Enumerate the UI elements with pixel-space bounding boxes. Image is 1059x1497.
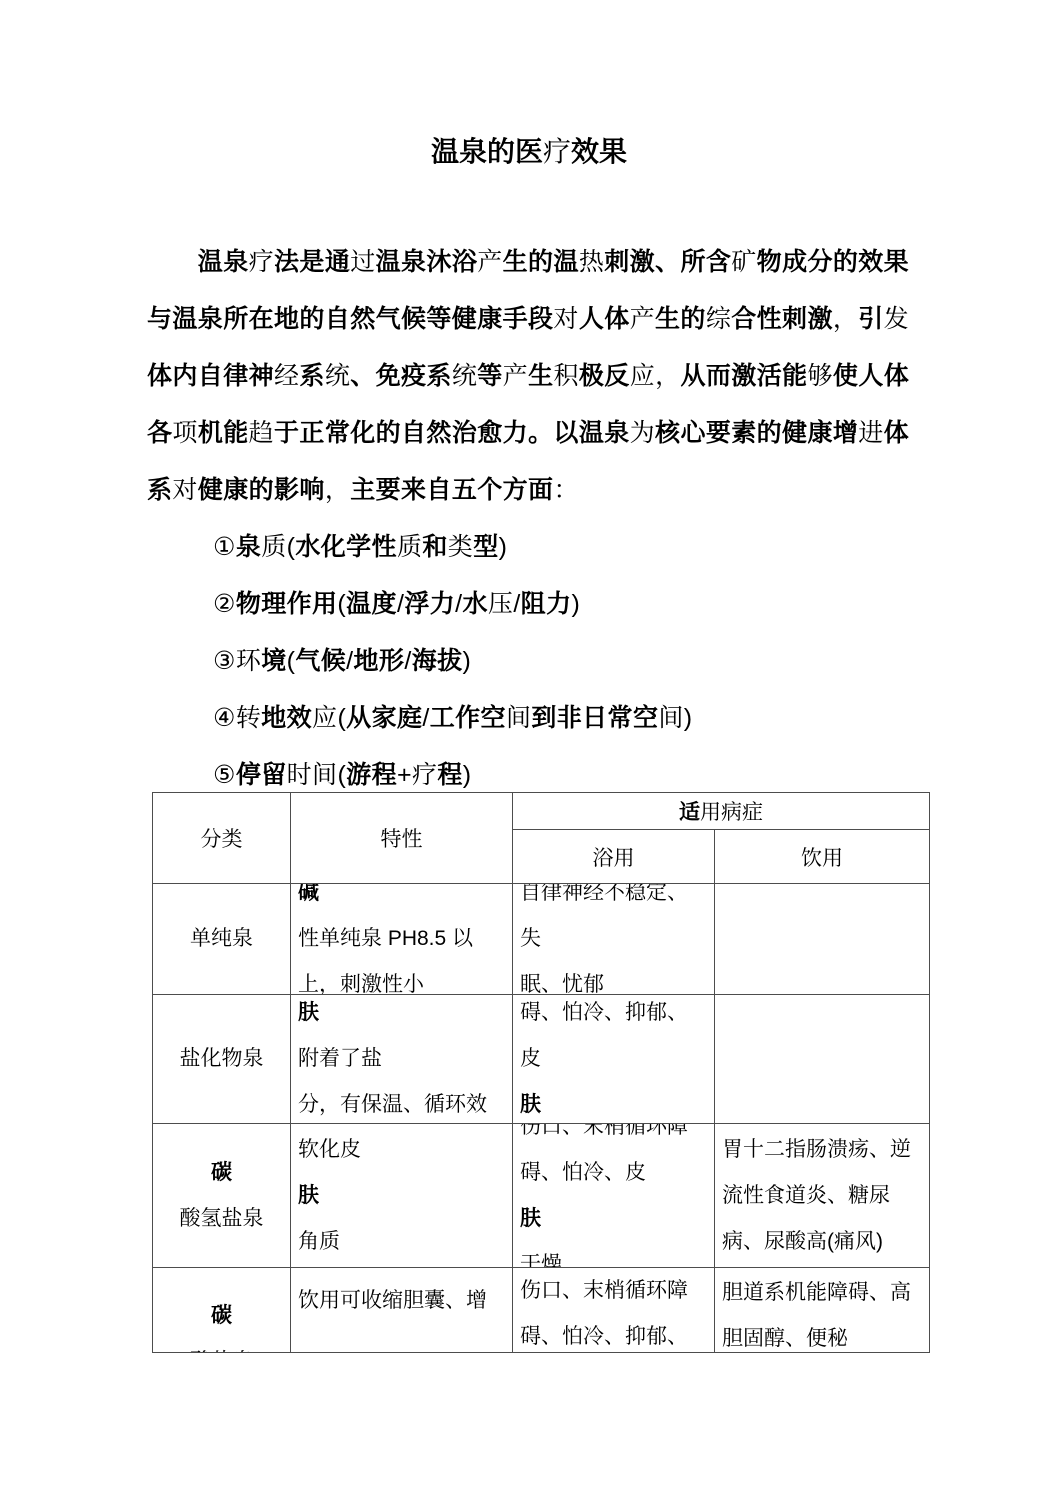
intro-paragraph: 温泉疗法是通过温泉沐浴产生的温热刺激、所含矿物成分的效果 与温泉所在地的自然气候… (147, 234, 913, 519)
body-content: 温泉疗法是通过温泉沐浴产生的温热刺激、所含矿物成分的效果 与温泉所在地的自然气候… (147, 234, 913, 804)
cell-bath: 自律神经不稳定、失 眠、忧郁 (513, 884, 715, 995)
cell-drink (715, 884, 930, 995)
cell-trait: 碱性单纯泉 PH8.5 以 上，刺激性小 (291, 884, 513, 995)
cell-drink: 胆道系机能障碍、高 胆固醇、便秘 (715, 1268, 930, 1353)
header-indication: 适用病症 (513, 793, 930, 830)
table-row: 单纯泉 碱性单纯泉 PH8.5 以 上，刺激性小 自律神经不稳定、失 眠、忧郁 (153, 884, 930, 995)
cell-category: 碳酸氢盐泉 (153, 1124, 291, 1268)
list-item-1: ①泉质(水化学性质和类型) (213, 519, 913, 576)
header-bath: 浴用 (513, 830, 715, 884)
cell-trait: 因为皮肤附着了盐 分，有保温、循环效果 (291, 995, 513, 1124)
cell-drink (715, 995, 930, 1124)
list-item-3: ③环境(气候/地形/海拔) (213, 633, 913, 690)
cell-category: 单纯泉 (153, 884, 291, 995)
table-row: 碳酸氢盐泉 软化皮肤角质 伤口、末梢循环障 碍、怕冷、皮肤干燥 胃十二指肠溃疡、… (153, 1124, 930, 1268)
header-trait: 特性 (291, 793, 513, 884)
list-item-4: ④转地效应(从家庭/工作空间到非日常空间) (213, 690, 913, 747)
cell-bath: 伤口、末梢循环障 碍、怕冷、抑郁、皮 肤干燥 (513, 995, 715, 1124)
cell-category: 碳酸盐泉 (153, 1268, 291, 1353)
header-drink: 饮用 (715, 830, 930, 884)
list-item-2: ②物理作用(温度/浮力/水压/阻力) (213, 576, 913, 633)
cell-category: 盐化物泉 (153, 995, 291, 1124)
cell-drink: 胃十二指肠溃疡、逆 流性食道炎、糖尿 病、尿酸高(痛风) (715, 1124, 930, 1268)
factor-list: ①泉质(水化学性质和类型) ②物理作用(温度/浮力/水压/阻力) ③环境(气候/… (213, 519, 913, 804)
table-row: 盐化物泉 因为皮肤附着了盐 分，有保温、循环效果 伤口、末梢循环障 碍、怕冷、抑… (153, 995, 930, 1124)
cell-trait: 软化皮肤角质 (291, 1124, 513, 1268)
cell-bath: 伤口、末梢循环障 碍、怕冷、抑郁、皮 (513, 1268, 715, 1353)
header-category: 分类 (153, 793, 291, 884)
page-title: 温泉的医疗效果 (145, 130, 913, 170)
table-row-clipped: 碳酸盐泉 饮用可收缩胆囊、增 伤口、末梢循环障 碍、怕冷、抑郁、皮 胆道系机能障… (153, 1268, 930, 1353)
document-page: 温泉的医疗效果 温泉疗法是通过温泉沐浴产生的温热刺激、所含矿物成分的效果 与温泉… (0, 0, 1059, 1497)
cell-trait: 饮用可收缩胆囊、增 (291, 1268, 513, 1353)
cell-bath: 伤口、末梢循环障 碍、怕冷、皮肤干燥 (513, 1124, 715, 1268)
hot-spring-table: 分类 特性 适用病症 浴用 饮用 单纯泉 碱性单纯泉 PH8.5 以 上，刺激性… (152, 792, 930, 1353)
